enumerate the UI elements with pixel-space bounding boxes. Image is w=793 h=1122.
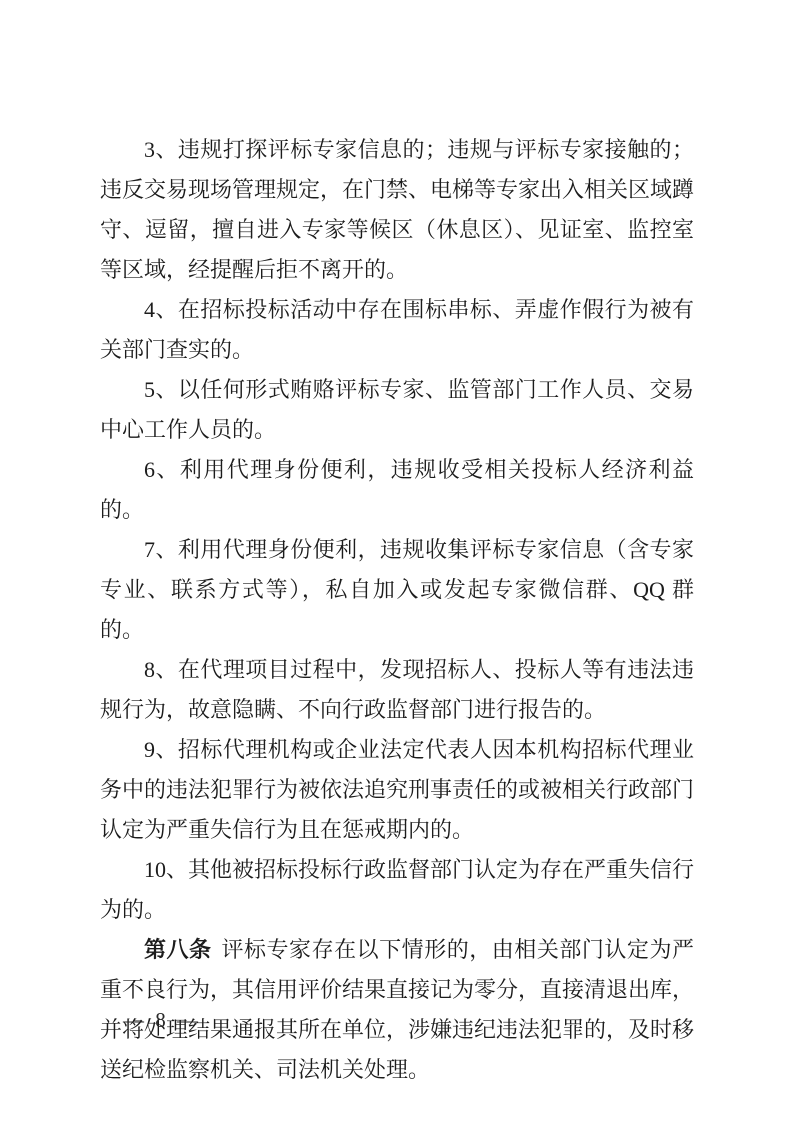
list-item-3: 3、违规打探评标专家信息的；违规与评标专家接触的；违反交易现场管理规定，在门禁、… (100, 130, 694, 290)
document-body: 3、违规打探评标专家信息的；违规与评标专家接触的；违反交易现场管理规定，在门禁、… (100, 130, 694, 1090)
list-item-4: 4、在招标投标活动中存在围标串标、弄虚作假行为被有关部门查实的。 (100, 290, 694, 370)
list-item-5: 5、以任何形式贿赂评标专家、监管部门工作人员、交易中心工作人员的。 (100, 370, 694, 450)
list-item-7: 7、利用代理身份便利，违规收集评标专家信息（含专家专业、联系方式等），私自加入或… (100, 530, 694, 650)
list-item-8: 8、在代理项目过程中，发现招标人、投标人等有违法违规行为，故意隐瞒、不向行政监督… (100, 650, 694, 730)
page-number: — 8 — (123, 1008, 201, 1033)
document-page: 3、违规打探评标专家信息的；违规与评标专家接触的；违反交易现场管理规定，在门禁、… (0, 0, 793, 1122)
list-item-9: 9、招标代理机构或企业法定代表人因本机构招标代理业务中的违法犯罪行为被依法追究刑… (100, 730, 694, 850)
list-item-6: 6、利用代理身份便利，违规收受相关投标人经济利益的。 (100, 450, 694, 530)
list-item-10: 10、其他被招标投标行政监督部门认定为存在严重失信行为的。 (100, 850, 694, 930)
clause-number-label: 第八条 (144, 937, 212, 962)
